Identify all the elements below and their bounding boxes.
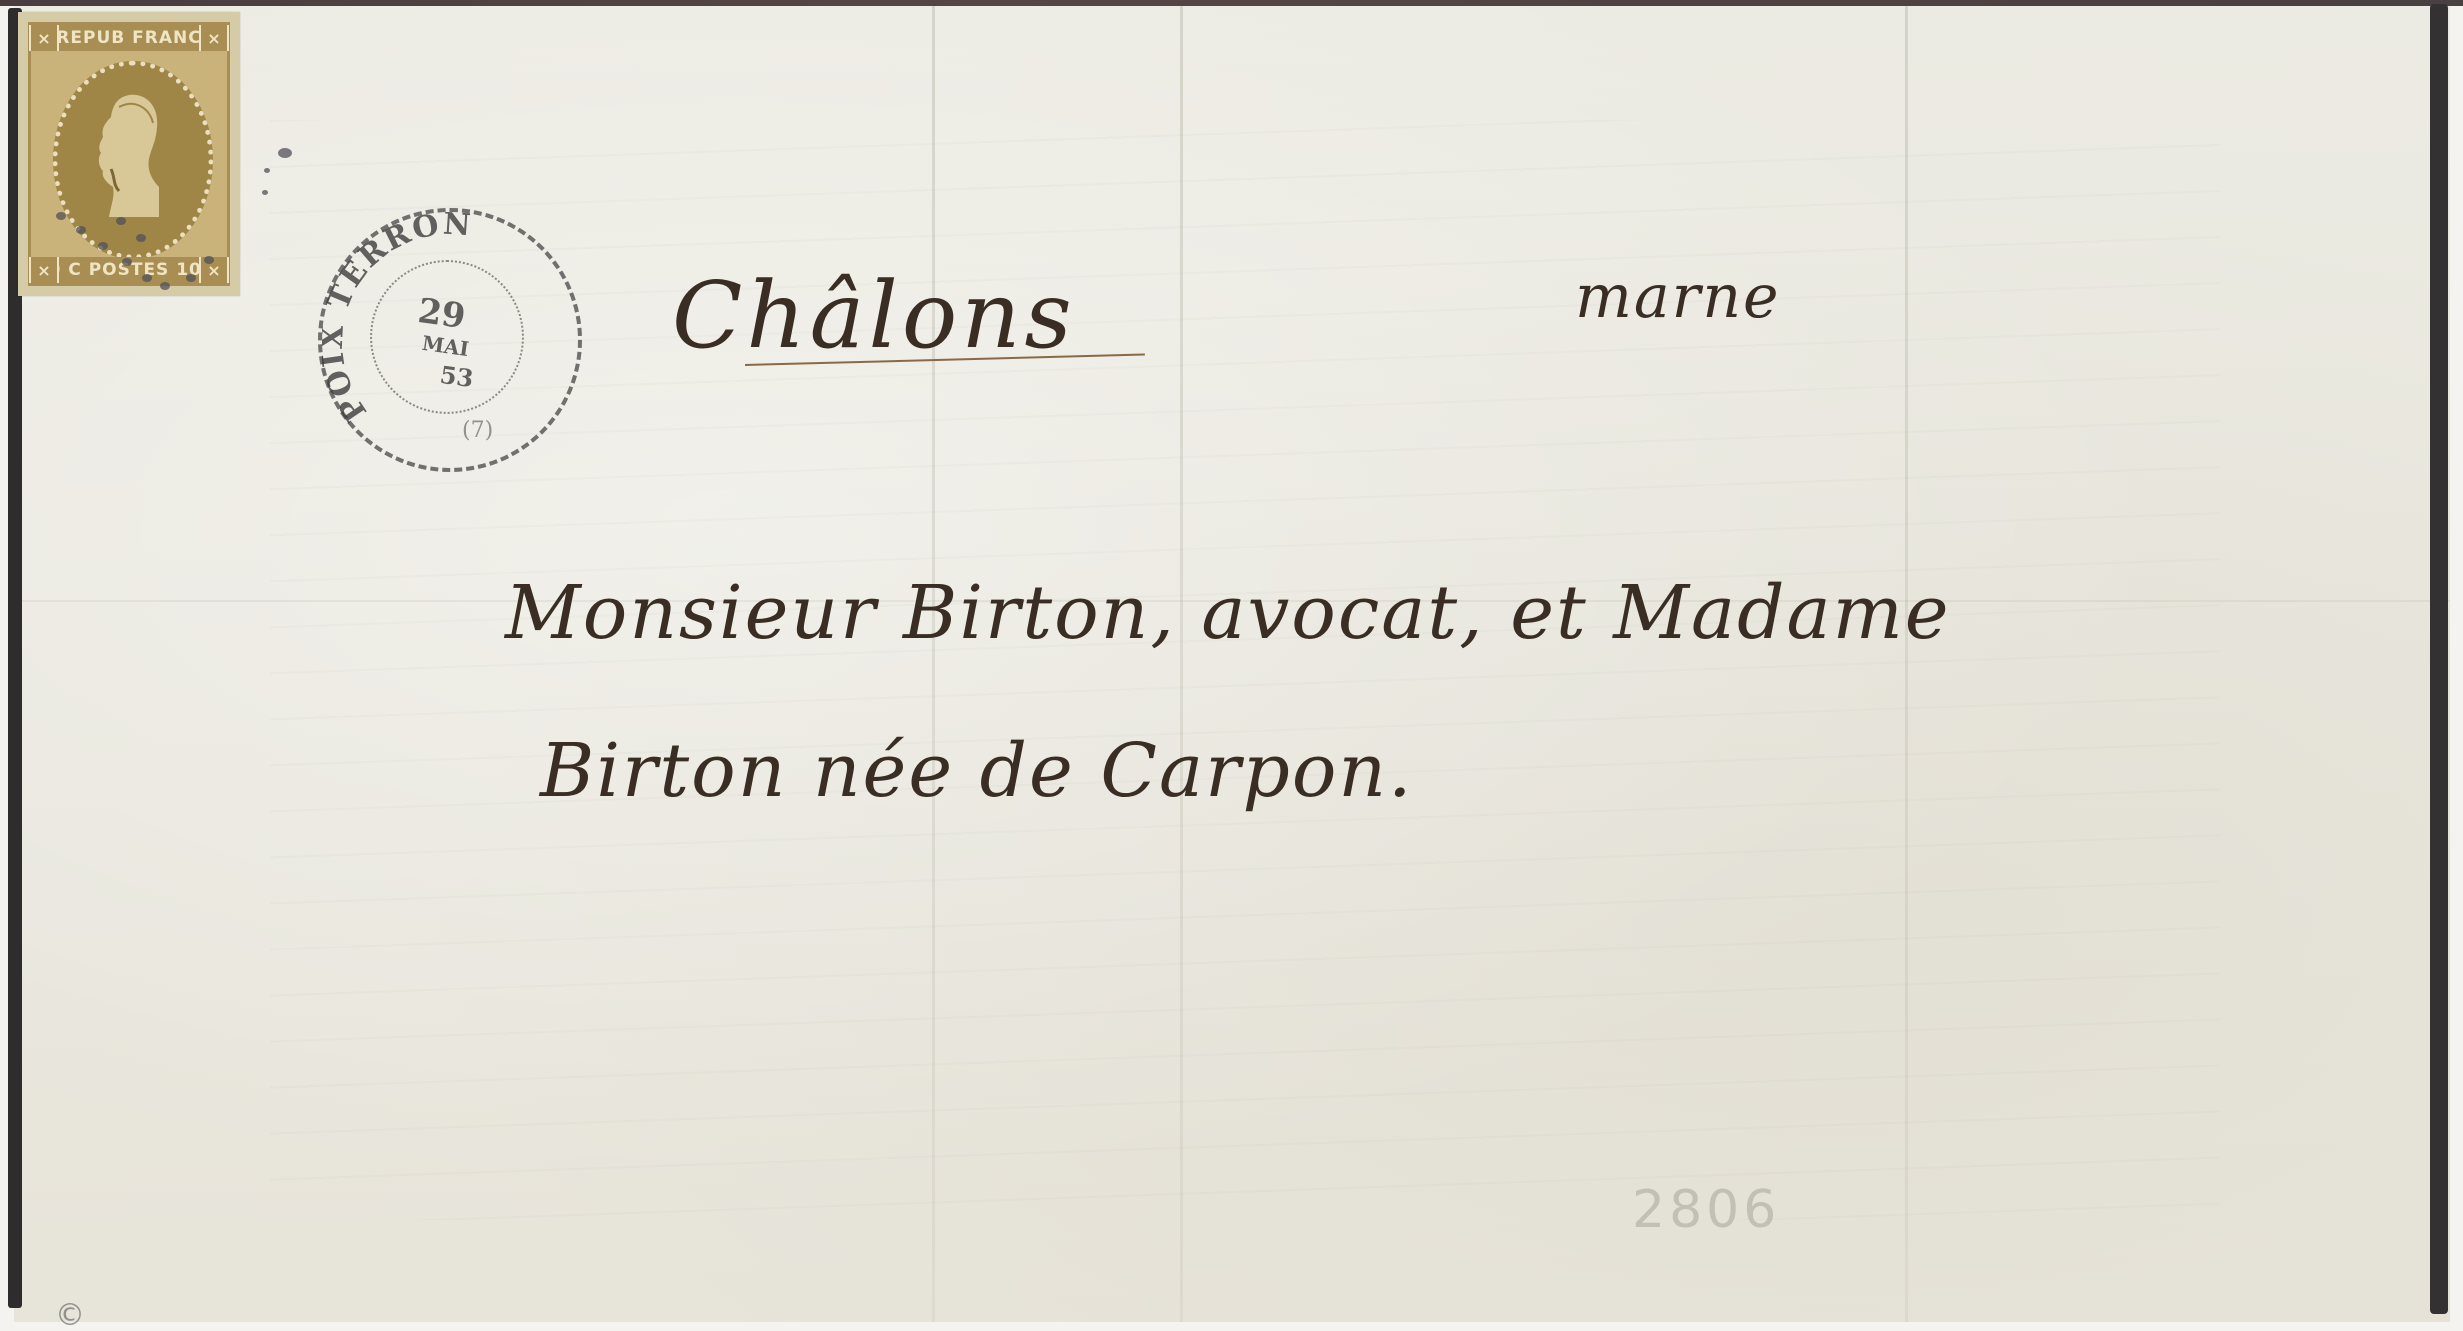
postmark-circle: POIX TERRON 29 MAI 53 (7)	[318, 208, 582, 472]
cancel-dot	[142, 274, 152, 282]
address-line-1: Monsieur Birton, avocat, et Madame	[505, 570, 1951, 656]
stamp-corner-cross-icon: ×	[29, 257, 59, 283]
cancel-dot	[262, 190, 268, 195]
stamp-top-band: REPUB FRANC	[31, 25, 227, 51]
letter-paper	[14, 6, 2450, 1322]
postmark-year: 53	[438, 360, 475, 393]
fold-line	[1180, 6, 1183, 1322]
cancel-dot	[204, 256, 214, 264]
cancel-dot	[136, 234, 146, 242]
mourning-border-right	[2430, 4, 2448, 1314]
pencil-inventory-number: 2806	[1632, 1180, 1780, 1240]
cancel-dot	[76, 226, 86, 234]
cancel-dot	[122, 258, 132, 266]
address-line-2: Birton née de Carpon.	[540, 728, 1414, 814]
cancel-dot	[264, 168, 270, 173]
portrait-profile-icon	[89, 87, 169, 217]
stamp-corner-cross-icon: ×	[29, 25, 59, 51]
postage-stamp: REPUB FRANC × × 10 C POSTES 10 C × ×	[18, 12, 240, 296]
cancel-dot	[186, 274, 196, 282]
address-city: Châlons	[672, 262, 1076, 369]
stamp-top-text: REPUB FRANC	[56, 28, 201, 48]
cancel-dot	[160, 282, 170, 290]
address-department: marne	[1575, 262, 1781, 332]
fold-line	[1905, 6, 1908, 1322]
stamp-corner-cross-icon: ×	[199, 25, 229, 51]
cancel-dot	[98, 242, 108, 250]
cancel-dot	[56, 212, 66, 220]
cancel-dot	[116, 217, 126, 225]
postmark-code: (7)	[462, 418, 493, 443]
stamp-frame: REPUB FRANC × × 10 C POSTES 10 C × ×	[28, 22, 230, 286]
cancel-dot	[278, 148, 292, 158]
fold-line	[932, 6, 935, 1322]
corner-stamp-mark: ©	[55, 1298, 85, 1331]
